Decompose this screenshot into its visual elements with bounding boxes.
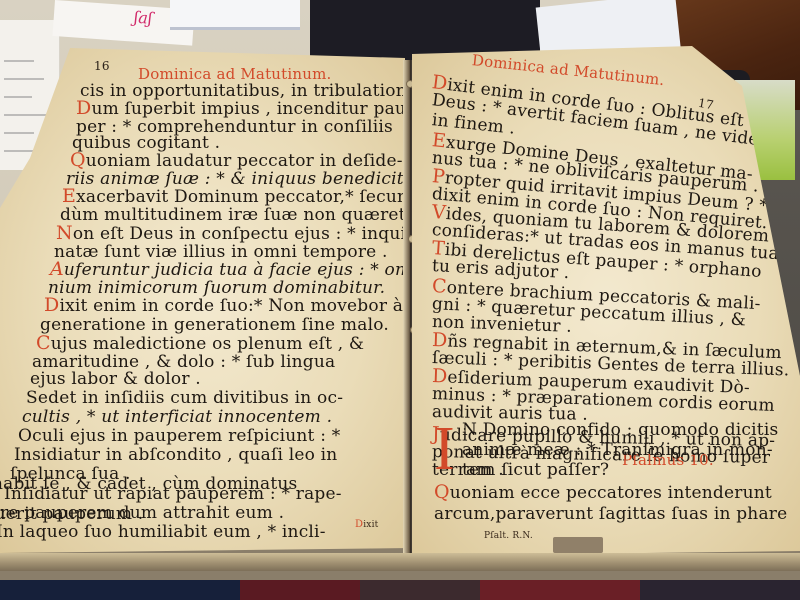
text-line: Sedet in inſidiis cum divitibus in oc-: [26, 390, 343, 407]
text-line: N Domino confido : quomodo dicitis: [462, 422, 778, 439]
text-line: tem ſicut paſſer?: [462, 462, 609, 479]
book-bottom-edge: [0, 553, 800, 571]
text-line: Exacerbavit Dominum peccator,* ſecun.: [62, 188, 410, 206]
right-page-text: Dominica ad Matutinum. 17 Dixit enim in …: [412, 46, 800, 556]
text-line: riis animæ ſuæ : * & iniquus benedicitur…: [66, 170, 410, 188]
text-line: quibus cogitant .: [72, 134, 220, 152]
text-line: fuerit pauperum .: [0, 506, 143, 523]
text-line: Cujus maledictione os plenum eſt , &: [36, 335, 364, 353]
text-line: Dum ſuperbit impius , incenditur pau-: [76, 100, 410, 118]
text-line: arcum,paraverunt ſagittas ſuas in phare: [434, 506, 787, 523]
background-dark-object: [310, 0, 540, 60]
text-line: ejus labor & dolor .: [30, 371, 201, 388]
text-line: Quoniam laudatur peccator in deſide-: [70, 152, 403, 170]
text-line: nabit ſe , & cadet , cùm dominatus: [0, 476, 297, 493]
signature-mark: Pſalt. R.N.: [484, 528, 533, 545]
text-line: Auferuntur judicia tua à facie ejus : * …: [50, 261, 410, 279]
text-line: animæ meæ : * Tranſmigra in mon-: [462, 442, 773, 459]
text-line: Dixit enim in corde ſuo:* Non movebor à: [44, 297, 403, 315]
catchword: Dixit: [355, 516, 378, 534]
text-line: Non eſt Deus in conſpectu ejus : * inqui…: [56, 225, 410, 243]
psalm-initial: I: [434, 418, 455, 480]
text-line: dùm multitudinem iræ ſuæ non quæret.: [60, 206, 410, 224]
text-line: natæ ſunt viæ illius in omni tempore .: [54, 243, 388, 261]
background-paper-stack: [170, 0, 300, 30]
text-line: generatione in generationem ſine malo.: [40, 316, 389, 334]
page-stain: [553, 537, 603, 553]
text-line: Quoniam ecce peccatores intenderunt: [434, 484, 772, 502]
card-script: ʃaʃ: [133, 8, 153, 28]
text-line: Insidiatur in abſcondito , quaſi leo in: [14, 447, 337, 464]
text-line: Oculi ejus in pauperem reſpiciunt : *: [18, 428, 340, 445]
text-line: nium inimicorum ſuorum dominabitur.: [48, 279, 385, 297]
page-number: 16: [94, 58, 110, 75]
text-line: cis in opportunitatibus, in tribulatione…: [80, 82, 410, 100]
text-line: cultis , * ut interficiat innocentem .: [22, 409, 332, 426]
text-line: In laqueo ſuo humiliabit eum , * incli-: [0, 524, 326, 541]
right-page: Dominica ad Matutinum. 17 Dixit enim in …: [412, 46, 800, 556]
